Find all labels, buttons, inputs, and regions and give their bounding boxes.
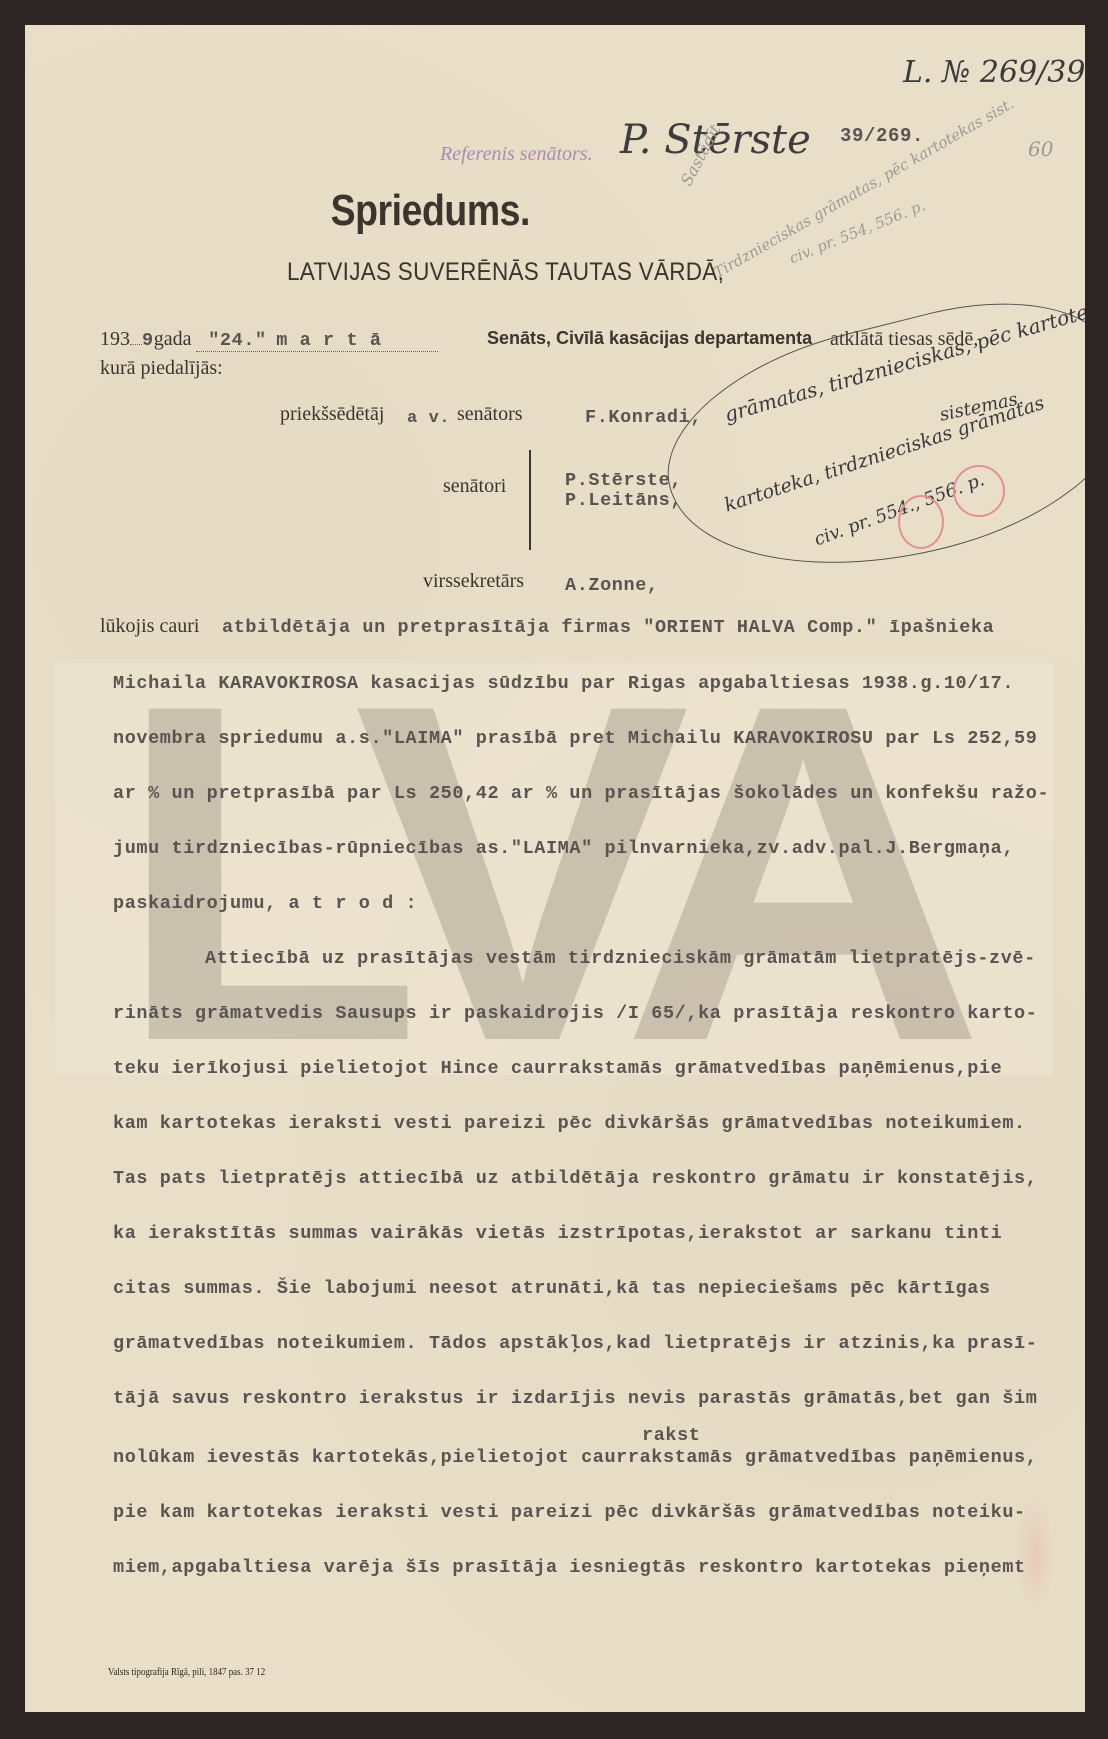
circled-article-556 <box>953 465 1005 517</box>
case-number: 39/269. <box>840 125 924 147</box>
body-line-9: teku ierīkojusi pielietojot Hince caurra… <box>113 1058 1002 1079</box>
body-line-8: rināts grāmatvedis Sausups ir paskaidroj… <box>113 1003 1037 1024</box>
senators-bracket <box>529 450 541 550</box>
participants-label: kurā piedalījās: <box>100 357 223 380</box>
interlinear-insert: rakst <box>642 1425 701 1446</box>
page-title: Spriedums. <box>25 185 1085 236</box>
printer-imprint: Valsts tipografija Rīgā, pili, 1847 pas.… <box>108 1667 265 1678</box>
secretary-label: virssekretārs <box>423 570 524 593</box>
archive-reference: L. № 269/39 <box>903 55 1085 90</box>
senator-2: P.Leitāns, <box>565 490 682 511</box>
body-line-7: Attiecībā uz prasītājas vestām tirdzniec… <box>205 948 1036 969</box>
body-line-11: Tas pats lietpratējs attiecībā uz atbild… <box>113 1168 1037 1189</box>
body-line-5: jumu tirdzniecības-rūpniecības as."LAIMA… <box>113 838 1014 859</box>
senators-label: senātori <box>443 475 506 498</box>
body-line-1: atbildētāja un pretprasītāja firmas "ORI… <box>222 617 994 638</box>
circled-article-554 <box>898 495 944 549</box>
year-prefix: 193 <box>100 328 130 350</box>
body-line-18: miem,apgabaltiesa varēja šīs prasītāja i… <box>113 1557 1026 1578</box>
body-line-17: pie kam kartotekas ieraksti vesti pareiz… <box>113 1502 1026 1523</box>
body-line-4: ar % un pretprasībā par Ls 250,42 ar % u… <box>113 783 1049 804</box>
reviewed-label: lūkojis cauri <box>100 615 199 638</box>
body-line-16: nolūkam ievestās kartotekās,pielietojot … <box>113 1447 1037 1468</box>
body-line-6: paskaidrojumu, a t r o d : <box>113 893 417 914</box>
body-line-2: Michaila KARAVOKIROSA kasacijas sūdzību … <box>113 673 1014 694</box>
chair-title: senātors <box>457 403 523 426</box>
secretary-name: A.Zonne, <box>565 575 659 596</box>
body-line-14: grāmatvedības noteikumiem. Tādos apstākļ… <box>113 1333 1037 1354</box>
page-number-pencil: 60 <box>1028 137 1053 161</box>
body-line-10: kam kartotekas ieraksti vesti pareizi pē… <box>113 1113 1026 1134</box>
month-value: m a r t ā <box>276 330 381 351</box>
body-line-13: citas summas. Šie labojumi neesot atrunā… <box>113 1278 991 1299</box>
body-line-12: ka ierakstītās summas vairākās vietās iz… <box>113 1223 1002 1244</box>
chair-label: priekšsēdētāj <box>280 403 384 426</box>
body-line-15: tājā savus reskontro ierakstus ir izdarī… <box>113 1388 1037 1409</box>
red-pencil-mark <box>1015 1495 1055 1615</box>
court-name: Senāts, Civīlā kasācijas departamenta <box>487 328 812 349</box>
day-value: "24." <box>208 330 267 351</box>
page-subtitle: LATVIJAS SUVERĒNĀS TAUTAS VĀRDĀ, <box>287 258 724 287</box>
gada-label: gada <box>154 328 192 350</box>
referent-stamp: Referenis senātors. <box>440 143 593 166</box>
date-line: 1939gada "24." m a r t ā <box>100 328 438 352</box>
body-line-3: novembra spriedumu a.s."LAIMA" prasībā p… <box>113 728 1037 749</box>
senator-1: P.Stērste, <box>565 470 682 491</box>
chair-typed: a v. <box>407 409 450 428</box>
year-suffix: 9 <box>142 330 154 351</box>
document-page: L. № 269/39 60 Referenis senātors. P. St… <box>25 25 1085 1712</box>
chair-name: F.Konradi, <box>585 407 702 428</box>
